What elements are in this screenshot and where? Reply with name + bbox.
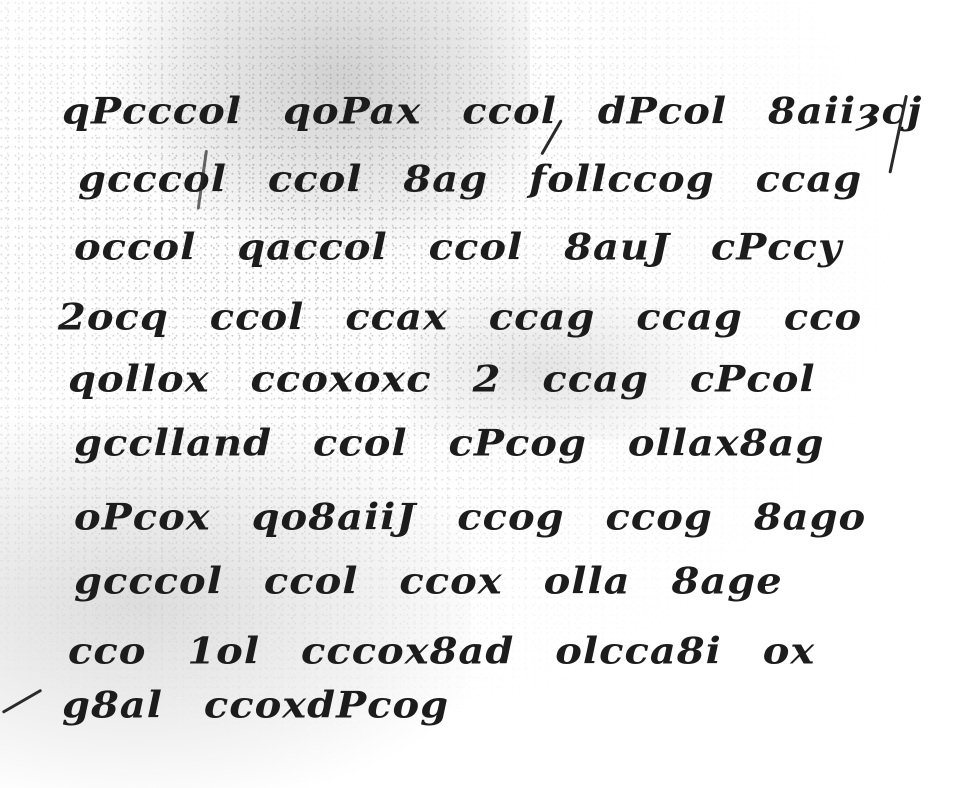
word: ccag [489,300,596,336]
flourish-stroke [2,689,42,714]
word: ccag [756,162,863,198]
word: g8al [62,688,163,724]
word: ccol [210,300,305,336]
text-line-8: gcccol ccol ccox olla 8age [74,562,809,602]
word: ccol [264,564,359,600]
word: 2ocq [58,300,169,336]
word: cPcog [449,426,587,462]
word: cPccy [711,230,842,266]
word: ccol [313,426,408,462]
word: ollax8ag [628,426,825,462]
word: gcclland [74,426,272,462]
text-line-5: qollox ccoxoxc 2 ccag cPcol [68,360,842,400]
word: 8age [672,564,783,600]
word: qPcccol [62,94,242,130]
word: qaccol [237,230,387,266]
word: ox [763,634,816,670]
word: ccoxdPcog [204,688,449,724]
text-line-9: cco 1ol cccox8ad olcca8i ox [68,632,841,672]
text-line-4: 2ocq ccol ccax ccag ccag cco [58,298,888,338]
word: qo8aiiJ [252,500,417,536]
word: cco [784,300,862,336]
word: olla [544,564,631,600]
word: ccol [462,94,557,130]
word: olcca8i [555,634,722,670]
word: oPcox [74,500,211,536]
word: ccax [345,300,447,336]
text-line-1: qPcccol qoPax ccol dPcol 8aiiȝcj [62,92,948,132]
word: 1ol [187,634,260,670]
word: 2 [473,362,502,398]
word: ccol [429,230,524,266]
word: 8ago [754,500,866,536]
word: cccox8ad [301,634,514,670]
word: ccoxoxc [251,362,432,398]
word: cPcol [690,362,816,398]
word: 8auJ [564,230,670,266]
word: ccag [636,300,743,336]
word: ccox [399,564,502,600]
word: qollox [68,362,210,398]
text-line-6: gcclland ccol cPcog ollax8ag [74,424,850,464]
word: ccag [542,362,649,398]
word: ccog [606,500,713,536]
word: occol [74,230,196,266]
text-line-3: occol qaccol ccol 8auJ cPccy [74,228,868,268]
word: ccol [268,162,363,198]
word: ccog [457,500,564,536]
word: follccog [529,162,715,198]
word: gcccol [74,564,223,600]
manuscript-page: qPcccol qoPax ccol dPcol 8aiiȝcj gcccol … [0,0,959,788]
text-line-10: g8al ccoxdPcog [62,686,475,726]
word: cco [68,634,146,670]
text-line-7: oPcox qo8aiiJ ccog ccog 8ago [74,498,892,538]
word: dPcol [598,94,727,130]
word: qoPax [283,94,421,130]
word: 8ag [403,162,488,198]
